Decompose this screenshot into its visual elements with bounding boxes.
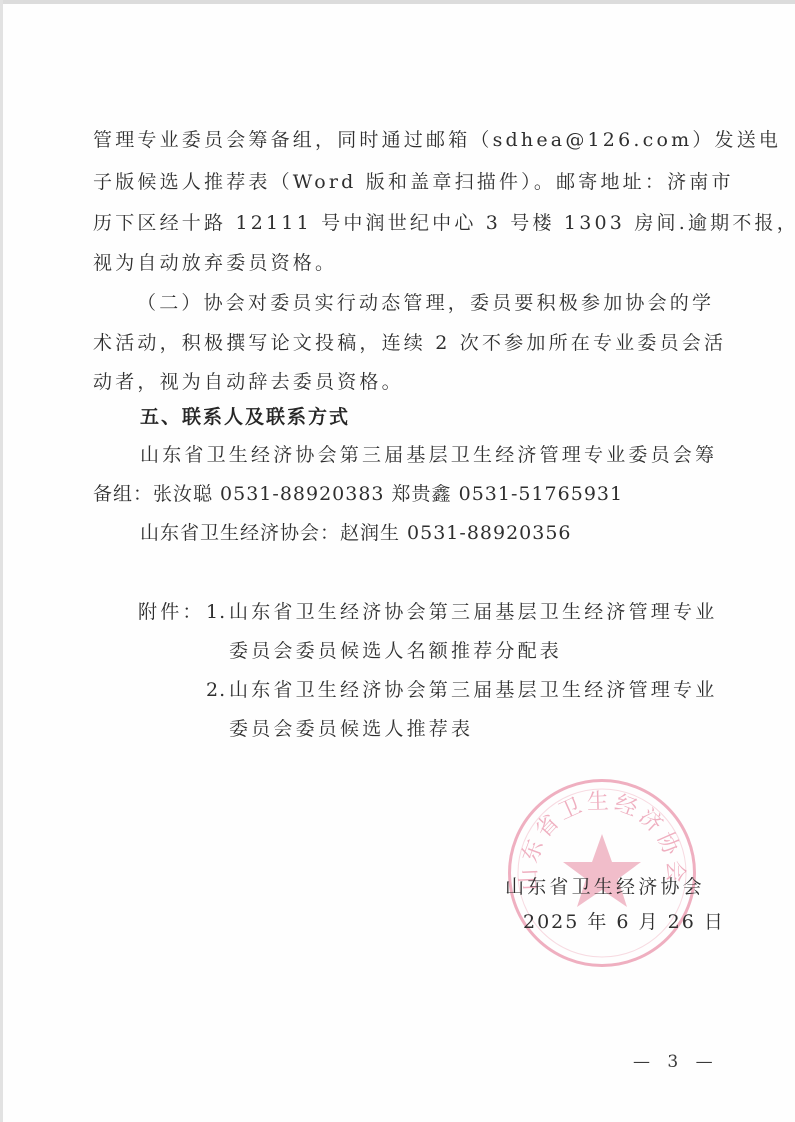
seal-star-icon: 山东省卫生经济协会 [511, 782, 693, 964]
paragraph-line: （二）协会对委员实行动态管理，委员要积极参加协会的学 [137, 291, 714, 315]
attachment-number: 1. [206, 600, 226, 624]
paragraph-line: 动者，视为自动辞去委员资格。 [93, 370, 404, 394]
attachment-title-cont: 委员会委员候选人推荐表 [229, 717, 473, 741]
contact-line: 山东省卫生经济协会第三届基层卫生经济管理专业委员会筹 [140, 443, 717, 467]
attachment-title-cont: 委员会委员候选人名额推荐分配表 [229, 639, 562, 663]
attachment-number: 2. [206, 678, 226, 702]
official-seal: 山东省卫生经济协会 [508, 779, 696, 967]
paragraph-line: 术活动，积极撰写论文投稿，连续 2 次不参加所在专业委员会活 [93, 331, 726, 355]
paragraph-line: 子版候选人推荐表（Word 版和盖章扫描件）。邮寄地址：济南市 [93, 170, 734, 194]
paragraph-line: 视为自动放弃委员资格。 [93, 251, 337, 275]
page-number: — 3 — [633, 1052, 719, 1072]
attachment-title: 山东省卫生经济协会第三届基层卫生经济管理专业 [229, 678, 717, 702]
section-heading: 五、联系人及联系方式 [140, 405, 350, 429]
signature-date: 2025 年 6 月 26 日 [523, 910, 725, 934]
paragraph-line: 历下区经十路 12111 号中润世纪中心 3 号楼 1303 房间.逾期不报， [93, 211, 795, 235]
attachments-label: 附件： [138, 600, 205, 624]
paragraph-line: 管理专业委员会筹备组，同时通过邮箱（sdhea@126.com）发送电 [93, 128, 781, 152]
contact-line: 山东省卫生经济协会：赵润生 0531-88920356 [140, 521, 572, 545]
signature-organization: 山东省卫生经济协会 [505, 875, 705, 899]
contact-line: 备组：张汝聪 0531-88920383 郑贵鑫 0531-51765931 [93, 482, 623, 506]
attachment-title: 山东省卫生经济协会第三届基层卫生经济管理专业 [229, 600, 717, 624]
document-page: 管理专业委员会筹备组，同时通过邮箱（sdhea@126.com）发送电 子版候选… [3, 4, 795, 1122]
